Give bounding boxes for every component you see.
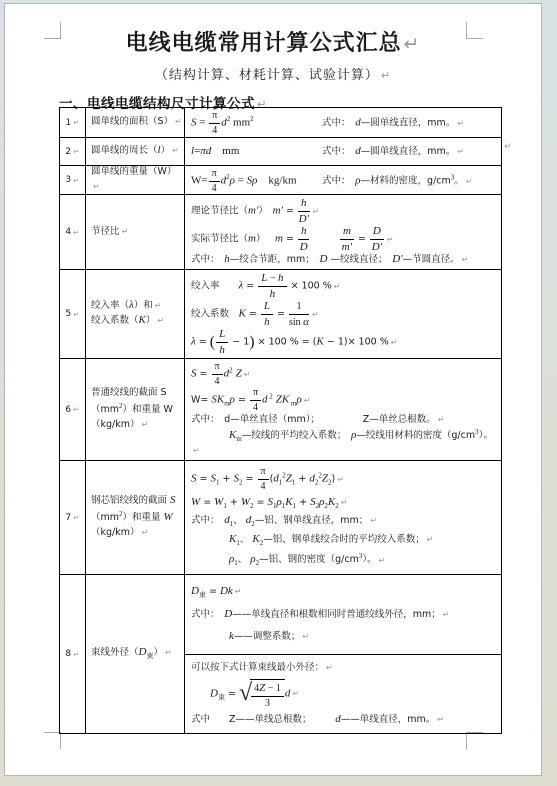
table-row: 1↵圆单线的面积（S）↵S = π4d2 mm2式中： d—圆单线直径，mm。↵ [60, 108, 501, 137]
formula-line: S = S1 + S2 = π4(d12Z1 + d22Z2)↵ [191, 466, 499, 492]
page-subtitle-text: （结构计算、材耗计算、试验计算） [155, 68, 379, 83]
row-number-cell: 7↵ [60, 461, 86, 574]
crop-mark-bottom-right [466, 732, 483, 749]
formula-line: W = W1 + W2 = S1ρ1K1 + S2ρ2K2↵ [191, 496, 499, 511]
formula-line: 理论节径比（m′） m′ = hD′↵ [191, 197, 499, 225]
formula-block: D束 = Dk↵式中： D——单线直径和根数相同时普通绞线外径，mm；↵ k——… [185, 575, 501, 654]
row-content-cell: D束 = Dk↵式中： D——单线直径和根数相同时普通绞线外径，mm；↵ k——… [185, 575, 501, 733]
formula-table: 1↵圆单线的面积（S）↵S = π4d2 mm2式中： d—圆单线直径，mm。↵… [59, 107, 502, 734]
formula-line: S = π4d2 mm2式中： d—圆单线直径，mm。↵ [191, 110, 499, 136]
row-number-cell: 1↵ [60, 108, 86, 137]
row-content-cell: S = π4d2 mm2式中： d—圆单线直径，mm。↵ [185, 108, 501, 137]
formula-line: 绞入率 λ = L − hh × 100 %↵ [191, 272, 499, 300]
table-row: 2↵圆单线的周长（l）↵l=πd mm式中： d—圆单线直径，mm。↵ [60, 137, 501, 165]
row-content-cell: W=π4d2ρ = Sρ kg/km式中： ρ—材料的密度，g/cm3。↵ [185, 166, 501, 194]
row-name-cell: 圆单线的周长（l）↵ [86, 138, 185, 165]
formula-line: D束 = √4Z − 13d↵ [191, 679, 499, 709]
paragraph-mark: ↵ [504, 142, 512, 152]
table-row: 6↵普通绞线的截面 S（mm2）和重量 W（kg/km）↵S = π4d2 Z↵… [60, 358, 501, 460]
paragraph-mark: ↵ [381, 69, 391, 82]
table-row: 7↵钢芯铝绞线的截面 S（mm2）和重量 W（kg/km）↵S = S1 + S… [60, 460, 501, 574]
formula-line: W=π4d2ρ = Sρ kg/km式中： ρ—材料的密度，g/cm3。↵ [191, 168, 499, 194]
formula-line: 式中： d—单丝直径（mm）； Z—单丝总根数。↵ [191, 413, 499, 427]
row-content-cell: 理论节径比（m′） m′ = hD′↵实际节径比（m） m = hD mm′ =… [185, 195, 501, 269]
page-subtitle: （结构计算、材耗计算、试验计算）↵ [5, 64, 541, 83]
row-content-cell: S = S1 + S2 = π4(d12Z1 + d22Z2)↵W = W1 +… [185, 461, 501, 574]
formula-block: l=πd mm式中： d—圆单线直径，mm。↵ [185, 138, 501, 165]
formula-block: W=π4d2ρ = Sρ kg/km式中： ρ—材料的密度，g/cm3。↵ [185, 166, 501, 196]
formula-line: λ = (Lh − 1) × 100 % = (K − 1)× 100 %↵ [191, 328, 499, 356]
formula-line: S = π4d2 Z↵ [191, 361, 499, 387]
row-name-cell: 圆单线的重量（W）↵ [86, 166, 185, 194]
screen: 电线电缆常用计算公式汇总↵ （结构计算、材耗计算、试验计算）↵ 一、电线电缆结构… [0, 0, 557, 786]
formula-line: W= SKmρ = π4d 2 ZK mρ↵ [191, 387, 499, 413]
formula-line: 绞入系数 K = Lh = 1sin α↵ [191, 300, 499, 328]
crop-mark-top-left [44, 22, 61, 39]
row-content-cell: 绞入率 λ = L − hh × 100 %↵绞入系数 K = Lh = 1si… [185, 270, 501, 358]
formula-line: 实际节径比（m） m = hD mm′ = DD′↵ [191, 225, 499, 253]
formula-block: 绞入率 λ = L − hh × 100 %↵绞入系数 K = Lh = 1si… [185, 270, 501, 358]
row-number-cell: 8↵ [60, 575, 86, 733]
row-name-cell: 普通绞线的截面 S（mm2）和重量 W（kg/km）↵ [86, 359, 185, 460]
row-name-cell: 节径比↵ [86, 195, 185, 269]
formula-block: 理论节径比（m′） m′ = hD′↵实际节径比（m） m = hD mm′ =… [185, 195, 501, 269]
row-number-cell: 6↵ [60, 359, 86, 460]
row-name-cell: 绞入率（λ）和↵绞入系数（K）↵ [86, 270, 185, 358]
formula-block: S = π4d2 mm2式中： d—圆单线直径，mm。↵ [185, 108, 501, 138]
formula-block: S = S1 + S2 = π4(d12Z1 + d22Z2)↵W = W1 +… [185, 461, 501, 574]
formula-block: 可以按下式计算束线最小外径：↵ D束 = √4Z − 13d↵式中 Z——单线总… [185, 654, 501, 734]
formula-line: 式中： h—绞合节距，mm； D —绞线直径； D′—节圆直径。↵ [191, 253, 499, 267]
row-number-cell: 2↵ [60, 138, 86, 165]
formula-line: l=πd mm式中： d—圆单线直径，mm。↵ [191, 144, 499, 160]
formula-line: ρ1、 ρ2—铝、钢的密度（g/cm3）。↵ [191, 551, 499, 568]
table-row: 5↵绞入率（λ）和↵绞入系数（K）↵绞入率 λ = L − hh × 100 %… [60, 269, 501, 358]
formula-line: K1、 K2—铝、钢单线绞合时的平均绞入系数；↵ [191, 533, 499, 548]
row-name-cell: 圆单线的面积（S）↵ [86, 108, 185, 137]
formula-line: 可以按下式计算束线最小外径：↵ [191, 661, 499, 675]
page-title: 电线电缆常用计算公式汇总↵ [5, 30, 541, 59]
row-number-cell: 4↵ [60, 195, 86, 269]
document-header: 电线电缆常用计算公式汇总↵ （结构计算、材耗计算、试验计算）↵ [5, 4, 541, 83]
row-number-cell: 5↵ [60, 270, 86, 358]
formula-line: D束 = Dk↵ [191, 585, 499, 600]
document-page: 电线电缆常用计算公式汇总↵ （结构计算、材耗计算、试验计算）↵ 一、电线电缆结构… [4, 3, 542, 776]
paragraph-mark: ↵ [404, 34, 421, 55]
row-number-cell: 3↵ [60, 166, 86, 194]
formula-line: k——调整系数；↵ [191, 630, 499, 644]
page-title-text: 电线电缆常用计算公式汇总 [126, 31, 402, 56]
formula-line: 式中： D——单线直径和根数相同时普通绞线外径，mm；↵ [191, 608, 499, 622]
crop-mark-top-right [466, 22, 483, 39]
formula-line: 式中 Z——单线总根数； d——单线直径，mm。↵ [191, 713, 499, 727]
formula-line: 式中： d1、 d2—铝、钢单线直径，mm；↵ [191, 514, 499, 529]
table-row: 3↵圆单线的重量（W）↵W=π4d2ρ = Sρ kg/km式中： ρ—材料的密… [60, 165, 501, 194]
crop-mark-bottom-left [44, 732, 61, 749]
table-row: 4↵节径比↵理论节径比（m′） m′ = hD′↵实际节径比（m） m = hD… [60, 194, 501, 269]
formula-block: S = π4d2 Z↵W= SKmρ = π4d 2 ZK mρ↵式中： d—单… [185, 359, 501, 460]
formula-line: Km—绞线的平均绞入系数； ρ—绞线用材料的密度（g/cm3）。↵ [191, 427, 499, 458]
row-content-cell: S = π4d2 Z↵W= SKmρ = π4d 2 ZK mρ↵式中： d—单… [185, 359, 501, 460]
row-content-cell: l=πd mm式中： d—圆单线直径，mm。↵ [185, 138, 501, 165]
row-name-cell: 钢芯铝绞线的截面 S（mm2）和重量 W（kg/km）↵ [86, 461, 185, 574]
row-name-cell: 束线外径（D束）↵ [86, 575, 185, 733]
table-row: 8↵束线外径（D束）↵D束 = Dk↵式中： D——单线直径和根数相同时普通绞线… [60, 574, 501, 733]
